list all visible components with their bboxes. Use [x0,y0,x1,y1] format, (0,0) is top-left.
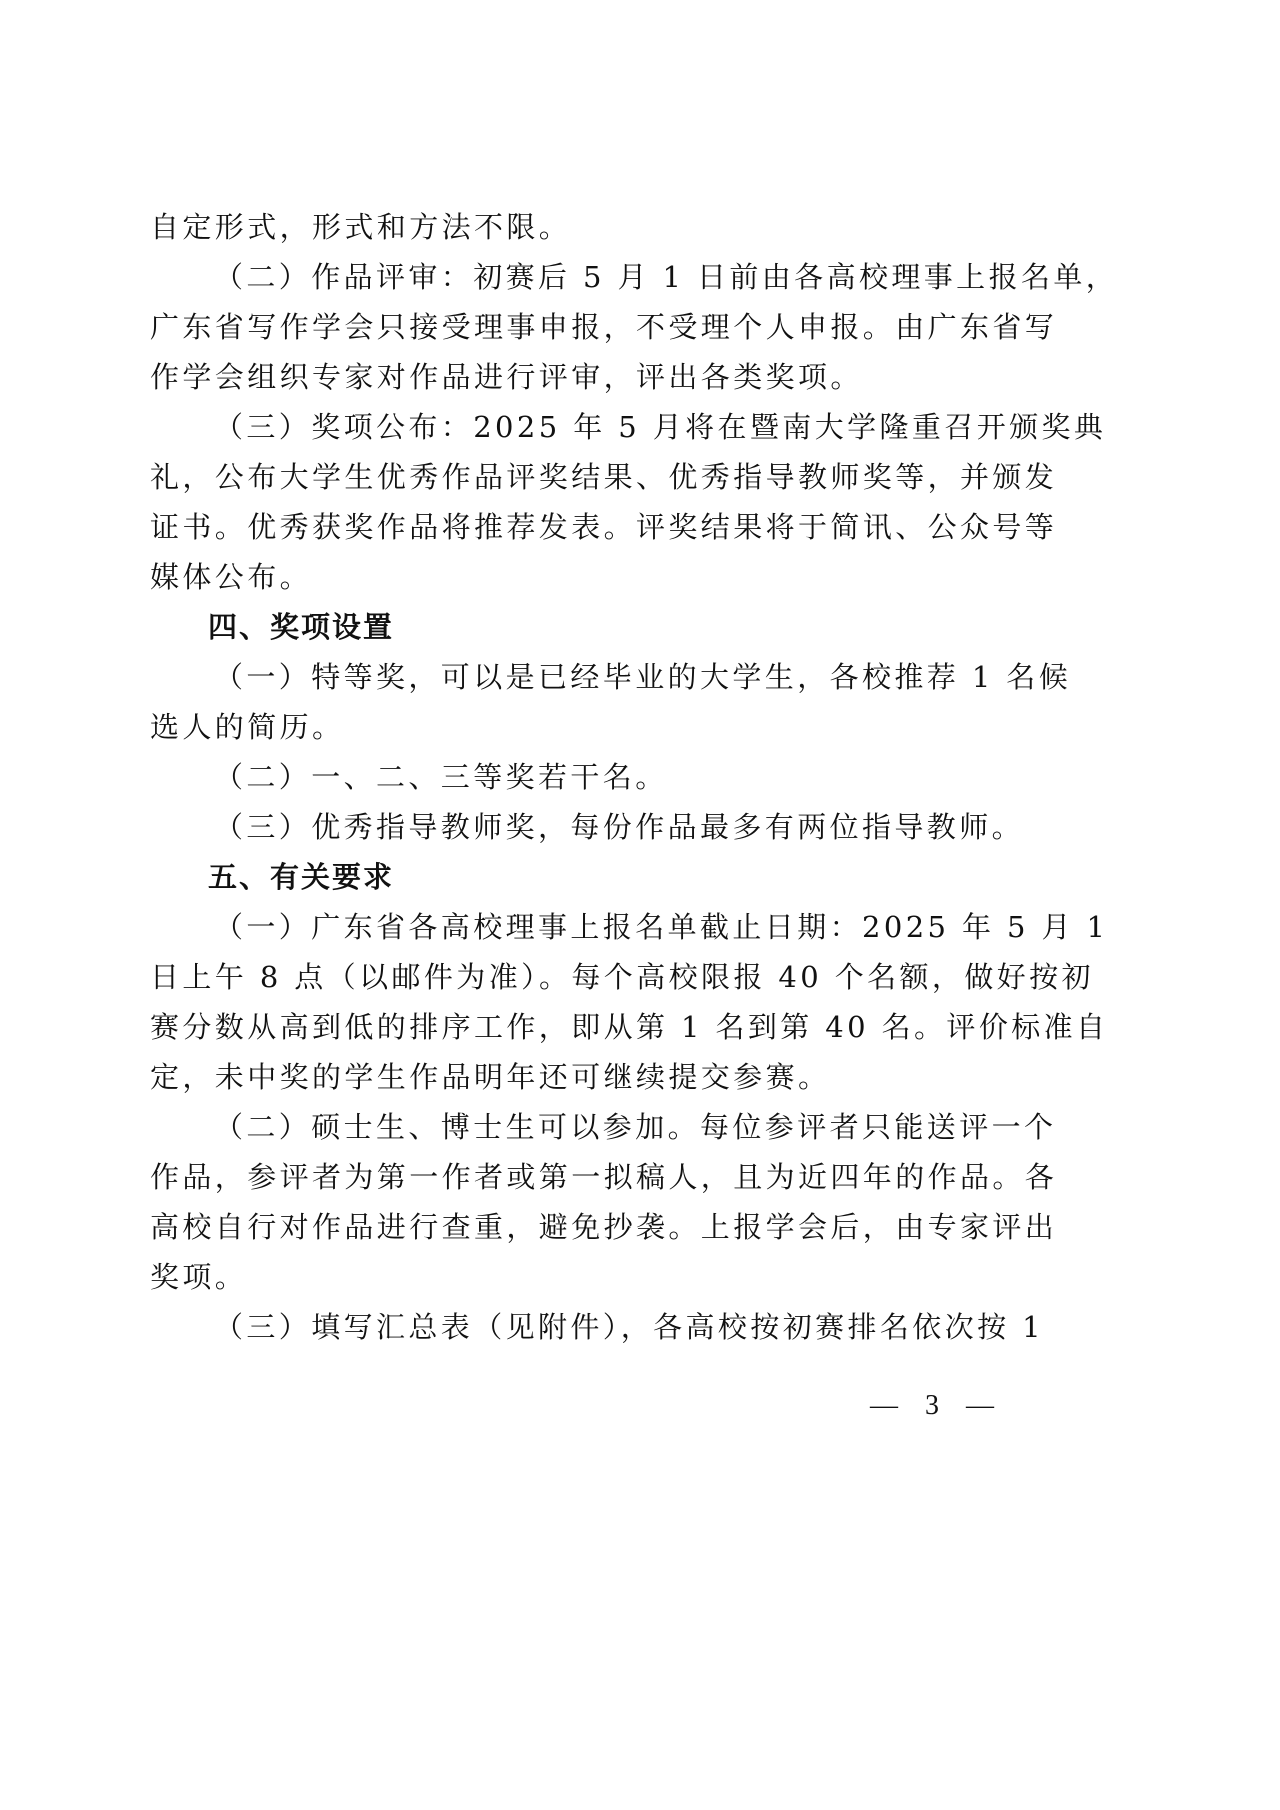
paragraph-line: 证书。优秀获奖作品将推荐发表。评奖结果将于简讯、公众号等 [150,507,980,547]
paragraph-line: 媒体公布。 [150,557,980,597]
paragraph-line: （一）广东省各高校理事上报名单截止日期：2025 年 5 月 1 [214,907,980,947]
document-page: 自定形式，形式和方法不限。（二）作品评审：初赛后 5 月 1 日前由各高校理事上… [0,0,1280,1810]
paragraph-line: （二）一、二、三等奖若干名。 [214,757,980,797]
paragraph-line: 广东省写作学会只接受理事申报，不受理个人申报。由广东省写 [150,307,980,347]
paragraph-line: 奖项。 [150,1257,980,1297]
page-number: — 3 — [870,1390,1004,1422]
paragraph-line: （二）硕士生、博士生可以参加。每位参评者只能送评一个 [214,1107,980,1147]
paragraph-line: 作品，参评者为第一作者或第一拟稿人，且为近四年的作品。各 [150,1157,980,1197]
paragraph-line: （一）特等奖，可以是已经毕业的大学生，各校推荐 1 名候 [214,657,980,697]
paragraph-line: （三）填写汇总表（见附件），各高校按初赛排名依次按 1 [214,1307,980,1347]
paragraph-line: 赛分数从高到低的排序工作，即从第 1 名到第 40 名。评价标准自 [150,1007,980,1047]
section-heading: 四、奖项设置 [208,607,1038,647]
paragraph-line: 选人的简历。 [150,707,980,747]
paragraph-line: 礼，公布大学生优秀作品评奖结果、优秀指导教师奖等，并颁发 [150,457,980,497]
paragraph-line: （二）作品评审：初赛后 5 月 1 日前由各高校理事上报名单， [214,257,980,297]
paragraph-line: （三）奖项公布：2025 年 5 月将在暨南大学隆重召开颁奖典 [214,407,980,447]
paragraph-line: 定，未中奖的学生作品明年还可继续提交参赛。 [150,1057,980,1097]
paragraph-line: 日上午 8 点（以邮件为准）。每个高校限报 40 个名额，做好按初 [150,957,980,997]
paragraph-line: （三）优秀指导教师奖，每份作品最多有两位指导教师。 [214,807,980,847]
paragraph-line: 自定形式，形式和方法不限。 [150,207,980,247]
paragraph-line: 作学会组织专家对作品进行评审，评出各类奖项。 [150,357,980,397]
paragraph-line: 高校自行对作品进行查重，避免抄袭。上报学会后，由专家评出 [150,1207,980,1247]
section-heading: 五、有关要求 [208,857,1038,897]
